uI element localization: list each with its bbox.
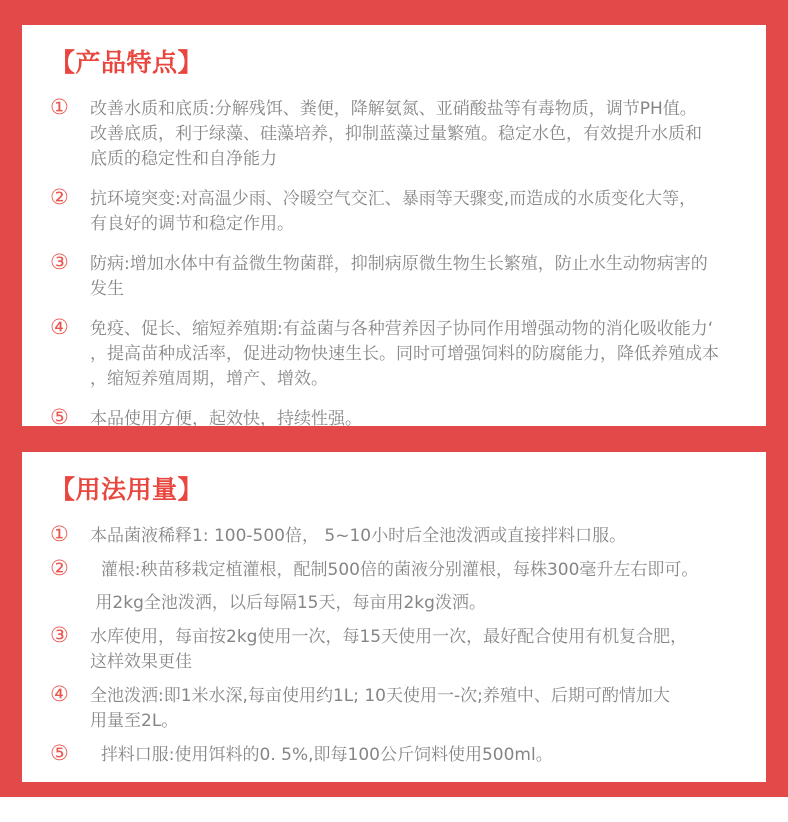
list-item: ④全池泼洒:即1米水深,每亩使用约1L; 10天使用一-次;养殖中、后期可酌情加…	[36, 684, 748, 734]
item-paragraph: 免疫、促长、缩短养殖期:有益菌与各种营养因子协同作用增强动物的消化吸收能力‘ ，…	[90, 317, 719, 392]
usage-dosage-list: ①本品菌液稀释1: 100-500倍， 5~10小时后全池泼洒或直接拌料口服。②…	[36, 524, 748, 768]
item-paragraph: 用2kg全池泼洒，以后每隔15天，每亩用2kg泼洒。	[90, 591, 698, 616]
usage-dosage-card: 【用法用量】 ①本品菌液稀释1: 100-500倍， 5~10小时后全池泼洒或直…	[22, 452, 766, 782]
item-paragraph: 水库使用，每亩按2kg使用一次，每15天使用一次，最好配合使用有机复合肥， 这样…	[90, 625, 687, 675]
list-item: ② 灌根:秧苗移栽定植灌根，配制500倍的菌液分别灌根，每株300毫升左右即可。…	[36, 558, 748, 616]
list-item: ③防病:增加水体中有益微生物菌群，抑制病原微生物生长繁殖，防止水生动物病害的 发…	[36, 252, 748, 302]
circled-number-icon: ①	[50, 521, 76, 547]
item-paragraph: 全池泼洒:即1米水深,每亩使用约1L; 10天使用一-次;养殖中、后期可酌情加大…	[90, 684, 670, 734]
item-paragraph: 灌根:秧苗移栽定植灌根，配制500倍的菌液分别灌根，每株300毫升左右即可。	[90, 558, 698, 583]
product-features-title: 【产品特点】	[50, 49, 748, 77]
item-text: 灌根:秧苗移栽定植灌根，配制500倍的菌液分别灌根，每株300毫升左右即可。 用…	[90, 558, 698, 616]
circled-number-icon: ①	[50, 94, 76, 120]
list-item: ②抗环境突变:对高温少雨、冷暖空气交汇、暴雨等天骤变,而造成的水质变化大等， 有…	[36, 187, 748, 237]
item-text: 本品使用方便，起效快，持续性强。	[90, 407, 362, 426]
item-text: 抗环境突变:对高温少雨、冷暖空气交汇、暴雨等天骤变,而造成的水质变化大等， 有良…	[90, 187, 696, 237]
circled-number-icon: ②	[50, 555, 76, 581]
item-text: 防病:增加水体中有益微生物菌群，抑制病原微生物生长繁殖，防止水生动物病害的 发生	[90, 252, 708, 302]
list-item: ①本品菌液稀释1: 100-500倍， 5~10小时后全池泼洒或直接拌料口服。	[36, 524, 748, 549]
circled-number-icon: ⑤	[50, 740, 76, 766]
circled-number-icon: ④	[50, 681, 76, 707]
list-item: ⑤本品使用方便，起效快，持续性强。	[36, 407, 748, 426]
circled-number-icon: ②	[50, 184, 76, 210]
item-paragraph: 改善水质和底质:分解残饵、粪便，降解氨氮、亚硝酸盐等有毒物质，调节PH值。 改善…	[90, 97, 702, 172]
item-text: 免疫、促长、缩短养殖期:有益菌与各种营养因子协同作用增强动物的消化吸收能力‘ ，…	[90, 317, 719, 392]
bottom-white-strip	[0, 797, 788, 822]
item-paragraph: 防病:增加水体中有益微生物菌群，抑制病原微生物生长繁殖，防止水生动物病害的 发生	[90, 252, 708, 302]
list-item: ⑤ 拌料口服:使用饵料的0. 5%,即每100公斤饲料使用500ml。	[36, 743, 748, 768]
product-features-list: ①改善水质和底质:分解残饵、粪便，降解氨氮、亚硝酸盐等有毒物质，调节PH值。 改…	[36, 97, 748, 426]
product-description-page: 【产品特点】 ①改善水质和底质:分解残饵、粪便，降解氨氮、亚硝酸盐等有毒物质，调…	[0, 0, 788, 822]
circled-number-icon: ③	[50, 622, 76, 648]
list-item: ①改善水质和底质:分解残饵、粪便，降解氨氮、亚硝酸盐等有毒物质，调节PH值。 改…	[36, 97, 748, 172]
item-paragraph: 本品使用方便，起效快，持续性强。	[90, 407, 362, 426]
product-features-card: 【产品特点】 ①改善水质和底质:分解残饵、粪便，降解氨氮、亚硝酸盐等有毒物质，调…	[22, 25, 766, 426]
item-paragraph: 抗环境突变:对高温少雨、冷暖空气交汇、暴雨等天骤变,而造成的水质变化大等， 有良…	[90, 187, 696, 237]
item-text: 水库使用，每亩按2kg使用一次，每15天使用一次，最好配合使用有机复合肥， 这样…	[90, 625, 687, 675]
circled-number-icon: ⑤	[50, 404, 76, 426]
red-background: 【产品特点】 ①改善水质和底质:分解残饵、粪便，降解氨氮、亚硝酸盐等有毒物质，调…	[0, 0, 788, 797]
item-text: 全池泼洒:即1米水深,每亩使用约1L; 10天使用一-次;养殖中、后期可酌情加大…	[90, 684, 670, 734]
circled-number-icon: ③	[50, 249, 76, 275]
item-text: 本品菌液稀释1: 100-500倍， 5~10小时后全池泼洒或直接拌料口服。	[90, 524, 626, 549]
item-text: 改善水质和底质:分解残饵、粪便，降解氨氮、亚硝酸盐等有毒物质，调节PH值。 改善…	[90, 97, 702, 172]
usage-dosage-title: 【用法用量】	[50, 476, 748, 504]
circled-number-icon: ④	[50, 314, 76, 340]
item-paragraph: 本品菌液稀释1: 100-500倍， 5~10小时后全池泼洒或直接拌料口服。	[90, 524, 626, 549]
item-paragraph: 拌料口服:使用饵料的0. 5%,即每100公斤饲料使用500ml。	[90, 743, 553, 768]
list-item: ③水库使用，每亩按2kg使用一次，每15天使用一次，最好配合使用有机复合肥， 这…	[36, 625, 748, 675]
list-item: ④免疫、促长、缩短养殖期:有益菌与各种营养因子协同作用增强动物的消化吸收能力‘ …	[36, 317, 748, 392]
item-text: 拌料口服:使用饵料的0. 5%,即每100公斤饲料使用500ml。	[90, 743, 553, 768]
